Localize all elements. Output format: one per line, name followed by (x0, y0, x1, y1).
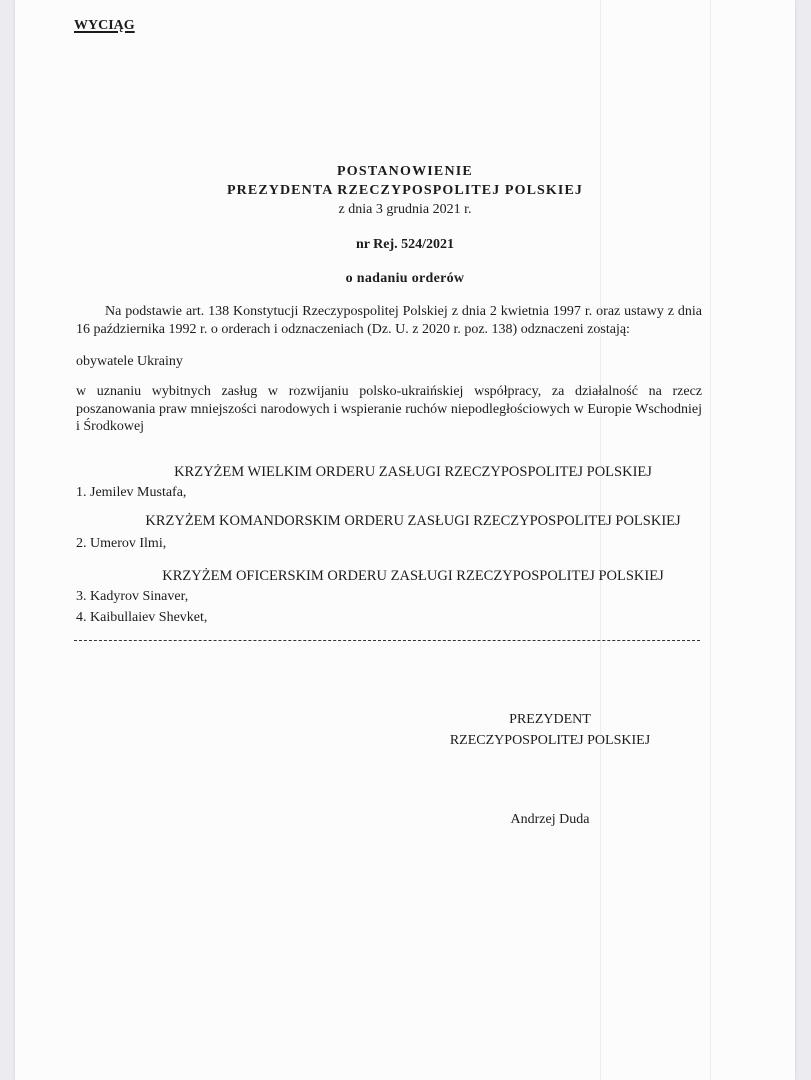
recipient-item: 4. Kaibullaiev Shevket, (76, 610, 207, 626)
document-page: WYCIĄG POSTANOWIENIE PREZYDENTA RZECZYPO… (15, 0, 795, 1080)
order-heading-officer-cross: KRZYŻEM OFICERSKIM ORDERU ZASŁUGI RZECZY… (23, 568, 803, 585)
recipient-item: 1. Jemilev Mustafa, (76, 485, 186, 501)
document-title: POSTANOWIENIE (15, 164, 795, 180)
page-crease (600, 0, 601, 1080)
recipient-item: 2. Umerov Ilmi, (76, 536, 166, 552)
signature-name: Andrzej Duda (495, 812, 605, 828)
document-subject: o nadaniu orderów (15, 271, 795, 287)
excerpt-label: WYCIĄG (74, 18, 135, 34)
intro-paragraph: Na podstawie art. 138 Konstytucji Rzeczy… (76, 303, 702, 338)
dashed-separator (74, 640, 700, 641)
order-heading-commander-cross: KRZYŻEM KOMANDORSKIM ORDERU ZASŁUGI RZEC… (23, 513, 803, 530)
citizens-line: obywatele Ukrainy (76, 354, 183, 370)
order-heading-grand-cross: KRZYŻEM WIELKIM ORDERU ZASŁUGI RZECZYPOS… (23, 464, 803, 481)
signature-title-country: RZECZYPOSPOLITEJ POLSKIEJ (435, 733, 665, 749)
merit-paragraph: w uznaniu wybitnych zasług w rozwijaniu … (76, 383, 702, 436)
registry-number: nr Rej. 524/2021 (15, 237, 795, 253)
page-crease (710, 0, 711, 1080)
signature-title: PREZYDENT (495, 712, 605, 728)
recipient-item: 3. Kadyrov Sinaver, (76, 589, 188, 605)
document-issuer: PREZYDENTA RZECZYPOSPOLITEJ POLSKIEJ (15, 183, 795, 199)
document-date: z dnia 3 grudnia 2021 r. (15, 202, 795, 218)
